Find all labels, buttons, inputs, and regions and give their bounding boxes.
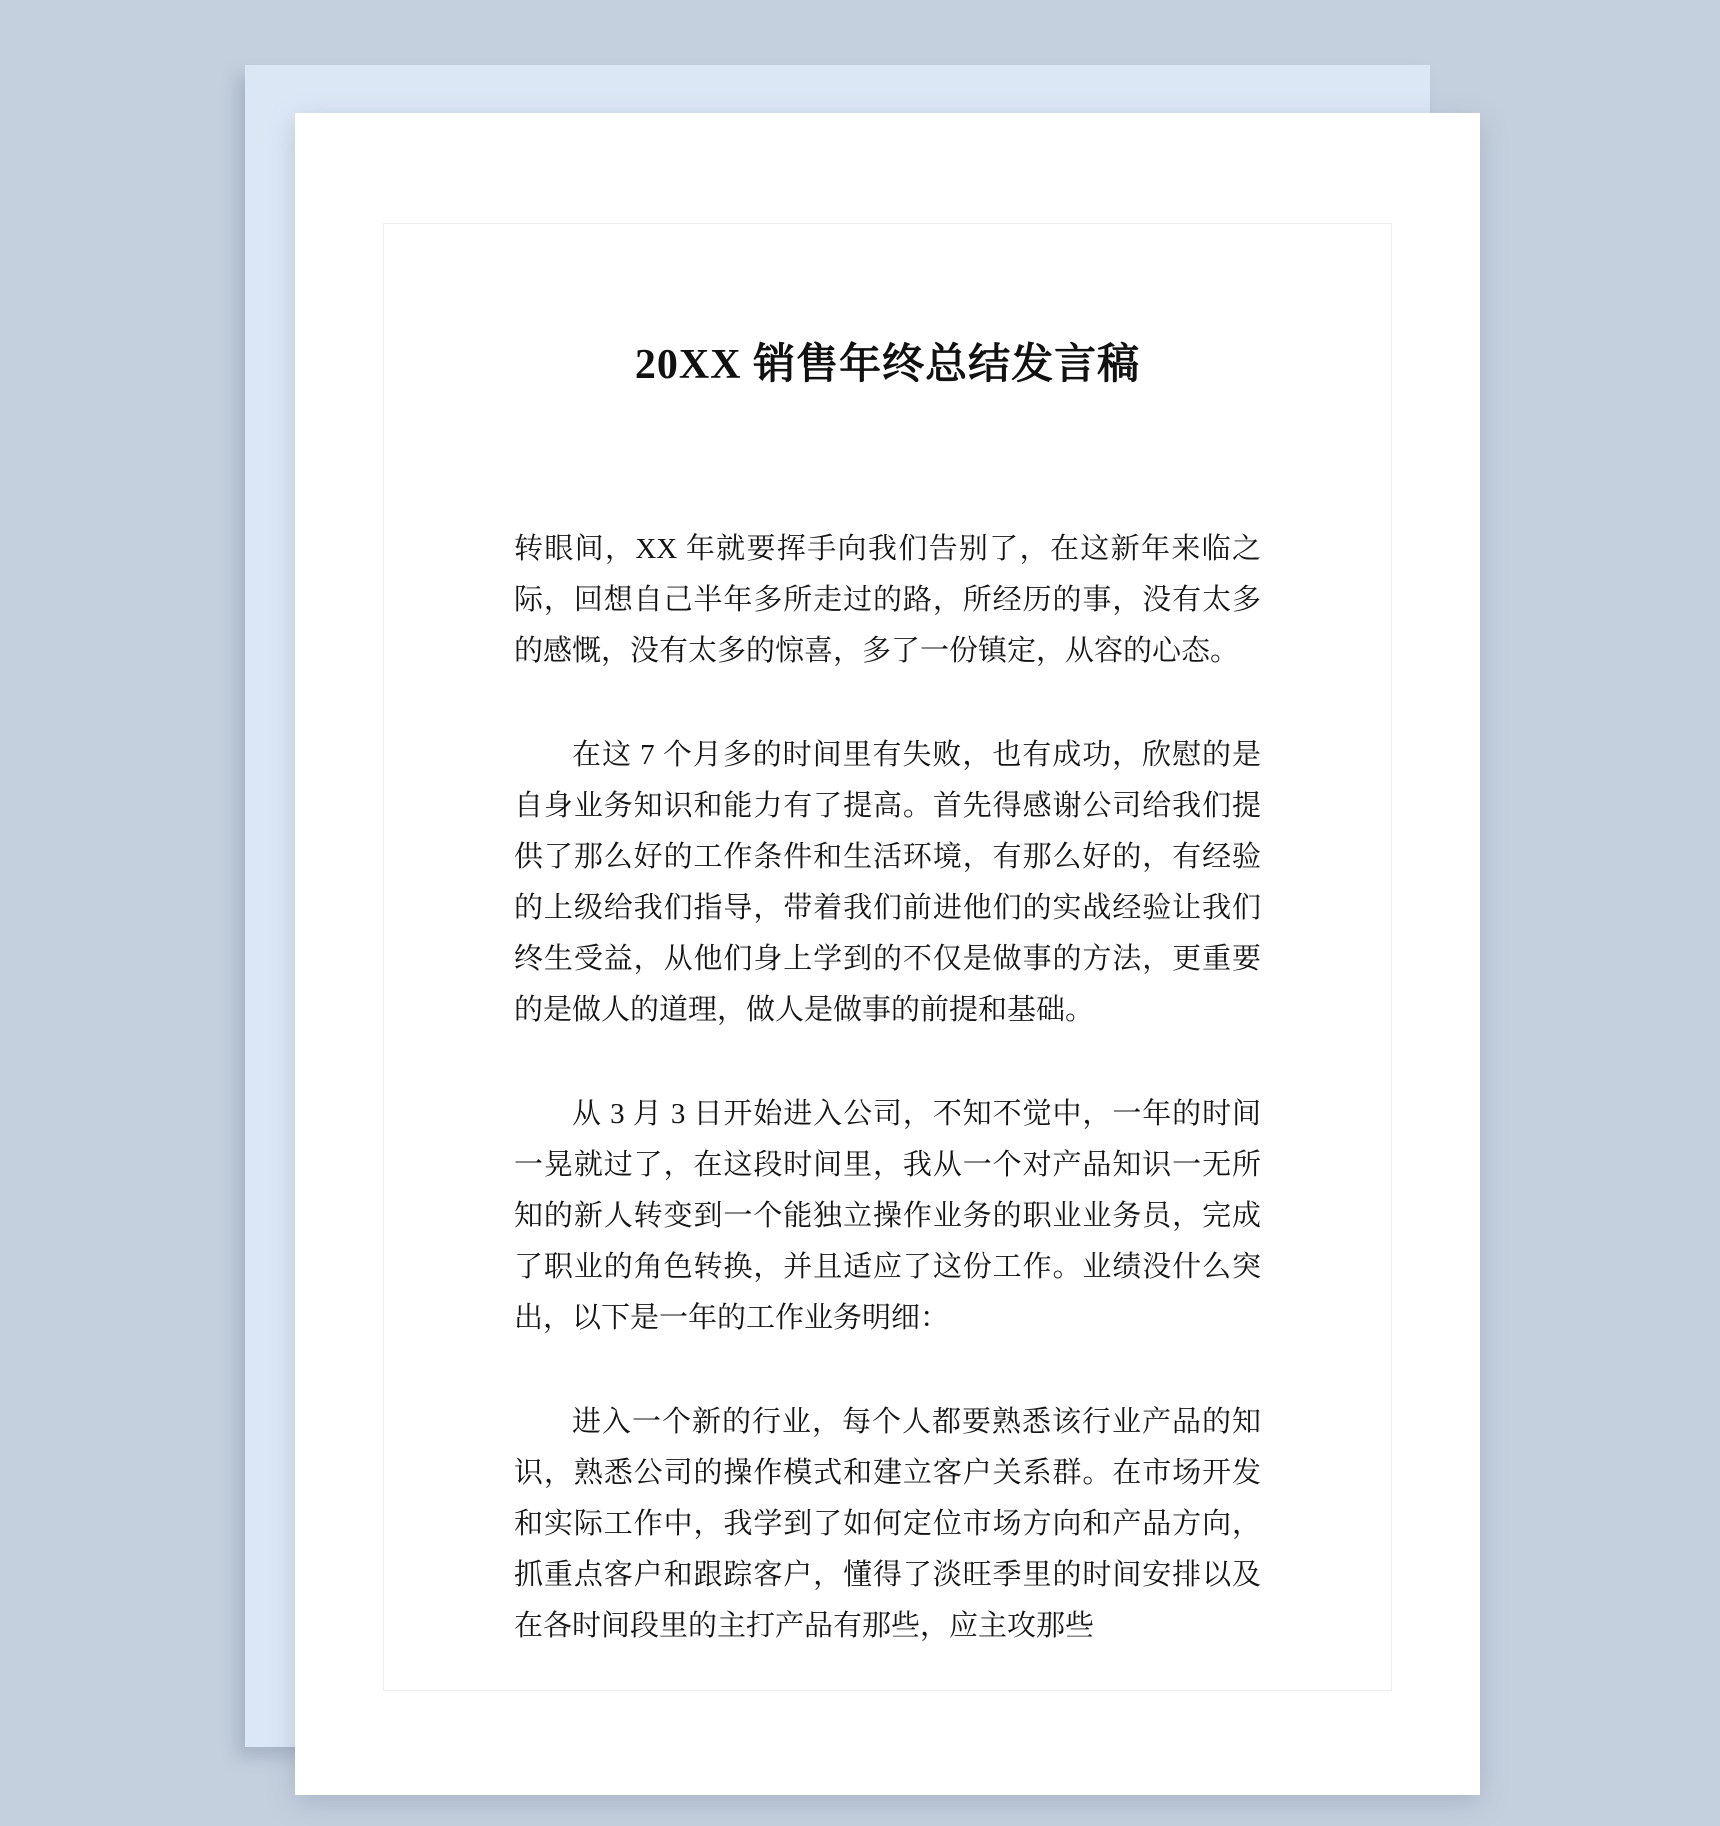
document-page: 20XX 销售年终总结发言稿 转眼间，XX 年就要挥手向我们告别了，在这新年来临… — [295, 113, 1480, 1795]
document-body: 转眼间，XX 年就要挥手向我们告别了，在这新年来临之际，回想自己半年多所走过的路… — [514, 524, 1261, 1652]
document-title: 20XX 销售年终总结发言稿 — [384, 342, 1391, 388]
paragraph-4: 进入一个新的行业，每个人都要熟悉该行业产品的知识，熟悉公司的操作模式和建立客户关… — [514, 1397, 1261, 1652]
content-frame: 20XX 销售年终总结发言稿 转眼间，XX 年就要挥手向我们告别了，在这新年来临… — [383, 223, 1392, 1691]
paragraph-3: 从 3 月 3 日开始进入公司，不知不觉中，一年的时间一晃就过了，在这段时间里，… — [514, 1089, 1261, 1344]
paragraph-2: 在这 7 个月多的时间里有失败，也有成功，欣慰的是自身业务知识和能力有了提高。首… — [514, 730, 1261, 1036]
paragraph-1: 转眼间，XX 年就要挥手向我们告别了，在这新年来临之际，回想自己半年多所走过的路… — [514, 524, 1261, 677]
document-background: { "document": { "title": "20XX 销售年终总结发言稿… — [0, 0, 1720, 1826]
